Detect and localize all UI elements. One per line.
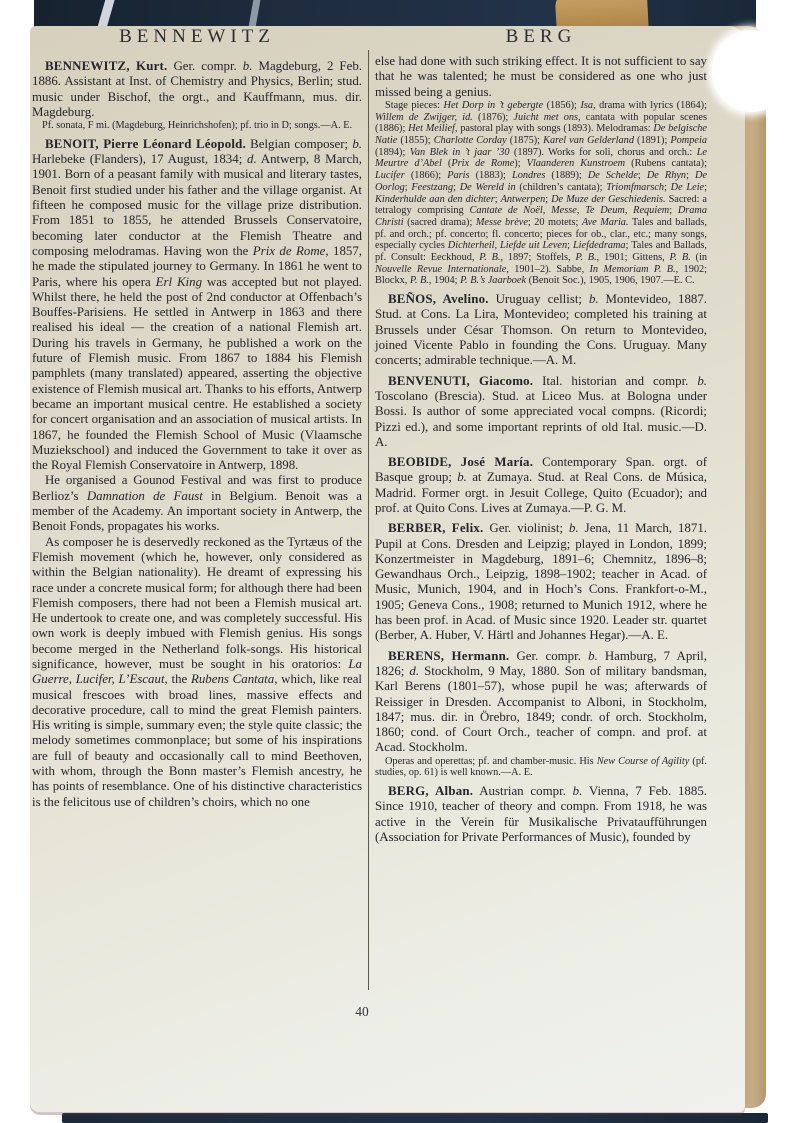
- entry-berg-alban: BERG, Alban. Austrian compr. b. Vienna, …: [375, 784, 707, 845]
- paragraph-benoit-continuation: else had done with such striking effect.…: [375, 54, 707, 100]
- paper-highlight-blob: [712, 30, 790, 112]
- right-column: else had done with such striking effect.…: [375, 54, 707, 845]
- running-head-left: BENNEWITZ: [32, 26, 362, 48]
- running-head-right: BERG: [375, 26, 707, 48]
- works-bennewitz: Pf. sonata, F mi. (Magdeburg, Heinrichsh…: [32, 120, 362, 132]
- works-benoit: Stage pieces: Het Dorp in ’t gebergte (1…: [375, 100, 707, 287]
- works-berens: Operas and operettas; pf. and chamber-mu…: [375, 756, 707, 779]
- entry-berber-felix: BERBER, Felix. Ger. violinist; b. Jena, …: [375, 521, 707, 643]
- entry-beobide-jose-maria: BEOBIDE, José María. Contemporary Span. …: [375, 455, 707, 516]
- entry-benoit-pierre: BENOIT, Pierre Léonard Léopold. Belgian …: [32, 137, 362, 474]
- entry-benvenuti-giacomo: BENVENUTI, Giacomo. Ital. historian and …: [375, 374, 707, 450]
- paragraph-benoit-gounod: He organised a Gounod Festival and was f…: [32, 473, 362, 534]
- left-column: BENNEWITZ, Kurt. Ger. compr. b. Magdebur…: [32, 54, 362, 810]
- page-number: 40: [332, 1004, 392, 1020]
- entry-benos-avelino: BEÑOS, Avelino. Uruguay cellist; b. Mont…: [375, 292, 707, 368]
- backdrop-bottom-band: [62, 1113, 768, 1123]
- photo-of-dictionary-page: { "photo": { "backdrop_color": "#1e2c3e"…: [0, 0, 794, 1123]
- entry-bennewitz-kurt: BENNEWITZ, Kurt. Ger. compr. b. Magdebur…: [32, 59, 362, 120]
- paragraph-benoit-as-composer: As composer he is deservedly reckoned as…: [32, 535, 362, 810]
- column-divider-rule: [368, 50, 369, 990]
- entry-berens-hermann: BERENS, Hermann. Ger. compr. b. Hamburg,…: [375, 649, 707, 756]
